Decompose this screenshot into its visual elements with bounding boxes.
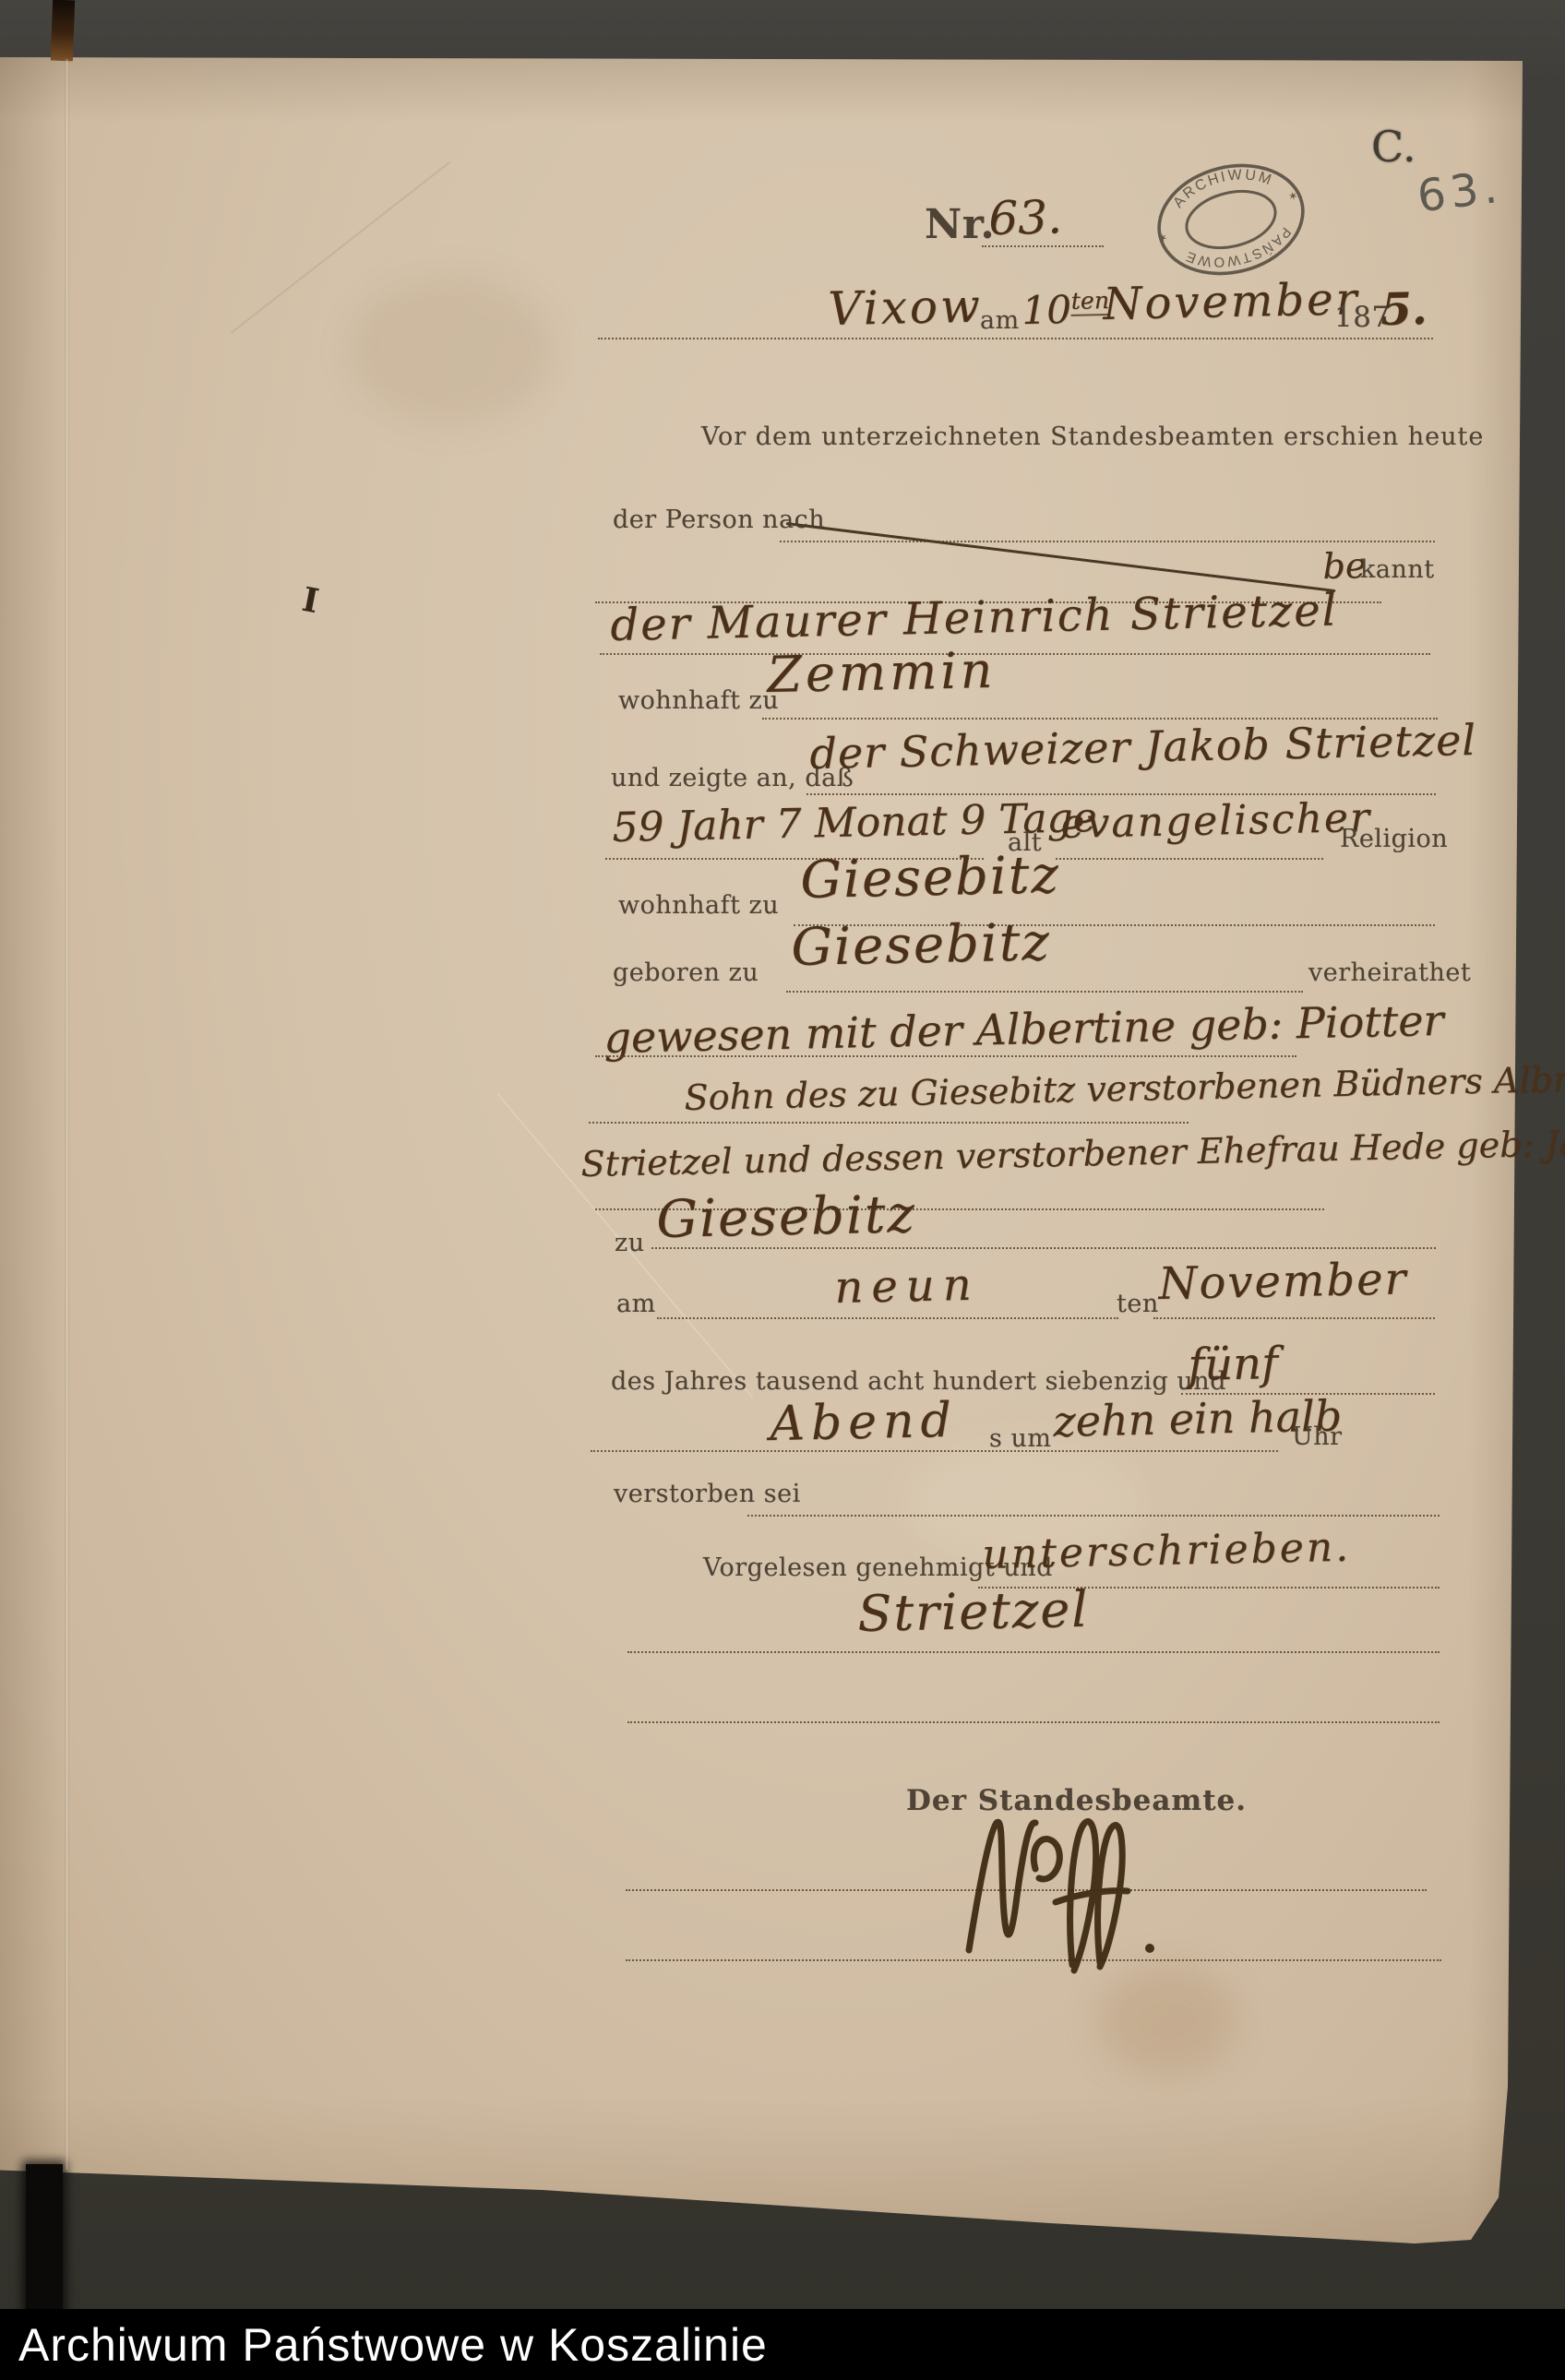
ruled-line <box>598 338 1433 339</box>
death-date-day: neun <box>834 1259 980 1314</box>
corner-pencil-number: 63. <box>1415 161 1504 223</box>
death-place-value: Giesebitz <box>656 1184 917 1250</box>
ruled-line <box>627 1721 1440 1723</box>
residence1-value: Zemmin <box>767 641 997 704</box>
death-year-value: fünf <box>1188 1338 1279 1391</box>
ruled-line <box>589 1122 1189 1124</box>
born-value: Giesebitz <box>791 912 1052 978</box>
death-time-written1: Abend <box>770 1393 959 1452</box>
death-time-printed2: Uhr <box>1292 1422 1343 1451</box>
ruled-line <box>657 1317 1118 1319</box>
archive-watermark-bar: Archiwum Państwowe w Koszalinie <box>0 2309 1565 2380</box>
ruled-line <box>1056 858 1323 860</box>
dateline-month: November <box>1103 273 1360 330</box>
person-label: der Person nach <box>613 506 825 534</box>
parents-line2: Strietzel und dessen verstorbener Ehefra… <box>580 1121 1565 1184</box>
closing-written: unterschrieben. <box>982 1524 1352 1578</box>
death-date-ten-label: ten <box>1117 1290 1159 1318</box>
spouse-line: gewesen mit der Albertine geb: Piotter <box>603 995 1444 1063</box>
declarant-signature: Strietzel <box>857 1580 1090 1643</box>
residence2-value: Giesebitz <box>800 845 1061 910</box>
ruled-line <box>780 541 1435 542</box>
archive-stamp: ARCHIWUM PAŃSTWOWE ✶ ✶ <box>1152 159 1310 284</box>
ruled-line <box>1153 1317 1435 1319</box>
form-content: Nr. 63. ARCHIWUM PAŃSTWOWE ✶ ✶ C. 63. <box>0 0 1565 2380</box>
dateline-am-label: am <box>980 306 1020 335</box>
ruled-line <box>591 1450 1278 1452</box>
record-number-value: 63. <box>988 190 1063 245</box>
corner-letter: C. <box>1371 122 1416 172</box>
ruled-line <box>627 1651 1440 1653</box>
stamp-star-left: ✶ <box>1156 231 1169 246</box>
residence2-label: wohnhaft zu <box>618 891 779 920</box>
death-place-label: zu <box>615 1229 645 1257</box>
cancel-stroke <box>786 522 1336 592</box>
known-printed: kannt <box>1360 555 1435 584</box>
dateline-year-written: 5. <box>1380 283 1428 336</box>
ruled-line <box>786 991 1303 993</box>
ruled-line <box>982 245 1104 247</box>
born-label: geboren zu <box>613 958 759 987</box>
dateline-day: 10ten <box>1021 286 1110 333</box>
ruled-line <box>600 653 1430 655</box>
ruled-line <box>651 1247 1436 1249</box>
ruled-line <box>747 1515 1440 1517</box>
record-number-label: Nr. <box>925 201 995 248</box>
intro-line: Vor dem unterzeichneten Standesbeamten e… <box>701 422 1338 451</box>
parents-line1: Sohn des zu Giesebitz verstorbenen Büdne… <box>684 1057 1565 1118</box>
died-label: verstorben sei <box>614 1480 801 1508</box>
married-label: verheirathet <box>1308 958 1471 987</box>
archive-name: Archiwum Państwowe w Koszalinie <box>18 2318 768 2372</box>
report-value: der Schweizer Jakob Strietzel <box>809 715 1477 779</box>
ruled-line <box>595 1055 1296 1057</box>
death-time-printed1: s um <box>989 1424 1051 1453</box>
registrar-signature <box>960 1810 1181 1976</box>
death-date-month: November <box>1158 1253 1408 1310</box>
residence1-label: wohnhaft zu <box>618 686 779 715</box>
dateline-place: Vixow <box>828 280 984 336</box>
margin-mark: I <box>299 580 322 622</box>
death-year-label: des Jahres tausend acht hundert siebenzi… <box>611 1367 1226 1396</box>
death-date-am-label: am <box>616 1290 656 1318</box>
religion-value: evangelischer <box>1060 794 1371 848</box>
religion-label: Religion <box>1340 825 1448 853</box>
archival-scan: Nr. 63. ARCHIWUM PAŃSTWOWE ✶ ✶ C. 63. <box>0 0 1565 2380</box>
